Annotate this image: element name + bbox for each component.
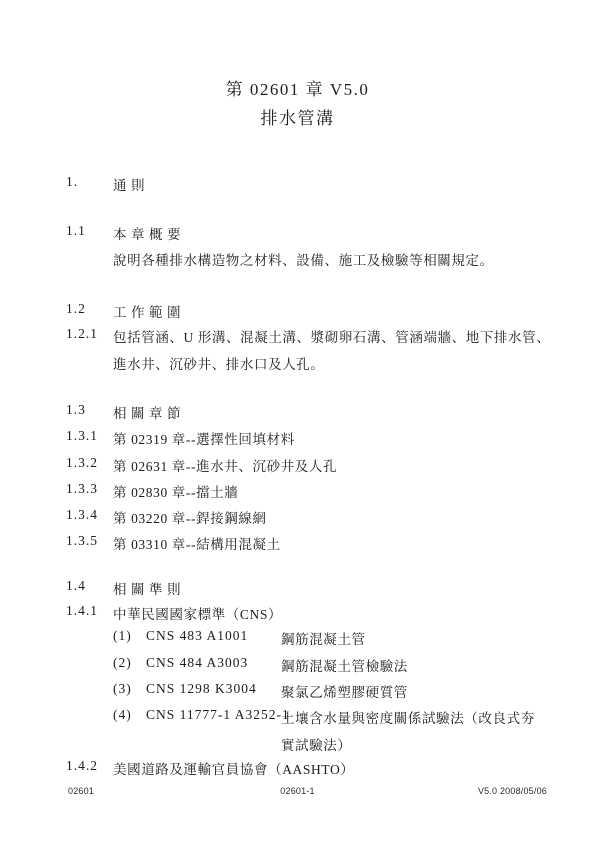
standard-code: CNS 484 A3003 (146, 655, 248, 671)
item-label: (3) (113, 681, 132, 697)
section-heading: 相關準則 (113, 578, 185, 598)
chapter-reference: 第 03220 章--銲接鋼線網 (113, 507, 267, 527)
cns-standard-item: (4) CNS 11777-1 A3252-1 土壤含水量與密度關係試驗法（改良… (0, 707, 595, 755)
section-heading: 工作範圍 (113, 301, 185, 321)
section-row-1-4-2: 1.4.2 美國道路及運輸官員協會（AASHTO） (0, 758, 595, 778)
paragraph-line-1: 包括管涵、U 形溝、混凝土溝、漿砌卵石溝、管涵端牆、地下排水管、 (113, 330, 550, 345)
paragraph-line-2: 進水井、沉砂井、排水口及人孔。 (113, 353, 325, 373)
standard-description: 鋼筋混凝土管 (281, 628, 366, 648)
chapter-reference-row: 1.3.3 第 02830 章--擋土牆 (0, 481, 595, 501)
section-heading: 本章概要 (113, 223, 185, 243)
section-number: 1.2 (66, 301, 86, 317)
standard-code: CNS 11777-1 A3252-1 (146, 707, 290, 723)
item-label: (4) (113, 707, 132, 723)
doc-subtitle: 排水管溝 (0, 104, 595, 129)
cns-standard-item: (3) CNS 1298 K3004 聚氯乙烯塑膠硬質管 (0, 681, 595, 701)
chapter-reference: 第 02830 章--擋土牆 (113, 481, 238, 501)
standard-code: CNS 1298 K3004 (146, 681, 257, 697)
chapter-reference-row: 1.3.2 第 02631 章--進水井、沉砂井及人孔 (0, 455, 595, 475)
section-number: 1.2.1 (66, 326, 98, 342)
section-number: 1.3.3 (66, 481, 98, 497)
section-heading: 中華民國國家標準（CNS） (113, 603, 282, 623)
section-number: 1.3.1 (66, 428, 98, 444)
section-row-1: 1. 通則 (0, 174, 595, 194)
section-number: 1.4.1 (66, 603, 98, 619)
section-number: 1. (66, 174, 78, 190)
section-row-1-2: 1.2 工作範圍 (0, 301, 595, 321)
item-label: (1) (113, 628, 132, 644)
description-line-2: 實試驗法） (281, 734, 352, 754)
chapter-reference-row: 1.3.1 第 02319 章--選擇性回填材料 (0, 428, 595, 448)
chapter-reference: 第 03310 章--結構用混凝土 (113, 533, 281, 553)
standard-description: 土壤含水量與密度關係試驗法（改良式夯 實試驗法） (281, 707, 535, 727)
document-page: 第 02601 章 V5.0 排水管溝 1. 通則 1.1 本章概要 說明各種排… (0, 0, 595, 842)
chapter-reference-row: 1.3.4 第 03220 章--銲接鋼線網 (0, 507, 595, 527)
standard-description: 鋼筋混凝土管檢驗法 (281, 655, 408, 675)
section-number: 1.1 (66, 223, 86, 239)
paragraph-text: 說明各種排水構造物之材料、設備、施工及檢驗等相關規定。 (113, 249, 494, 269)
footer-version: V5.0 2008/05/06 (478, 786, 547, 796)
section-row-1-4: 1.4 相關準則 (0, 578, 595, 598)
section-number: 1.3 (66, 402, 86, 418)
doc-title: 第 02601 章 V5.0 (0, 75, 595, 100)
item-label: (2) (113, 655, 132, 671)
section-number: 1.4.2 (66, 758, 98, 774)
section-row-1-2-1: 1.2.1 包括管涵、U 形溝、混凝土溝、漿砌卵石溝、管涵端牆、地下排水管、 進… (0, 326, 595, 374)
chapter-reference: 第 02631 章--進水井、沉砂井及人孔 (113, 455, 337, 475)
standard-description: 聚氯乙烯塑膠硬質管 (281, 681, 408, 701)
section-heading: 通則 (113, 174, 149, 194)
cns-standard-item: (1) CNS 483 A1001 鋼筋混凝土管 (0, 628, 595, 648)
paragraph-text: 包括管涵、U 形溝、混凝土溝、漿砌卵石溝、管涵端牆、地下排水管、 進水井、沉砂井… (113, 326, 550, 346)
section-number: 1.3.5 (66, 533, 98, 549)
section-number: 1.3.4 (66, 507, 98, 523)
paragraph-row-1-1: 說明各種排水構造物之材料、設備、施工及檢驗等相關規定。 (0, 249, 595, 269)
chapter-reference: 第 02319 章--選擇性回填材料 (113, 428, 295, 448)
cns-standard-item: (2) CNS 484 A3003 鋼筋混凝土管檢驗法 (0, 655, 595, 675)
section-row-1-4-1: 1.4.1 中華民國國家標準（CNS） (0, 603, 595, 623)
section-heading: 美國道路及運輸官員協會（AASHTO） (113, 758, 354, 778)
section-number: 1.4 (66, 578, 86, 594)
section-heading: 相關章節 (113, 402, 185, 422)
chapter-reference-row: 1.3.5 第 03310 章--結構用混凝土 (0, 533, 595, 553)
description-line-1: 土壤含水量與密度關係試驗法（改良式夯 (281, 711, 535, 726)
section-row-1-1: 1.1 本章概要 (0, 223, 595, 243)
section-number: 1.3.2 (66, 455, 98, 471)
section-row-1-3: 1.3 相關章節 (0, 402, 595, 422)
standard-code: CNS 483 A1001 (146, 628, 248, 644)
